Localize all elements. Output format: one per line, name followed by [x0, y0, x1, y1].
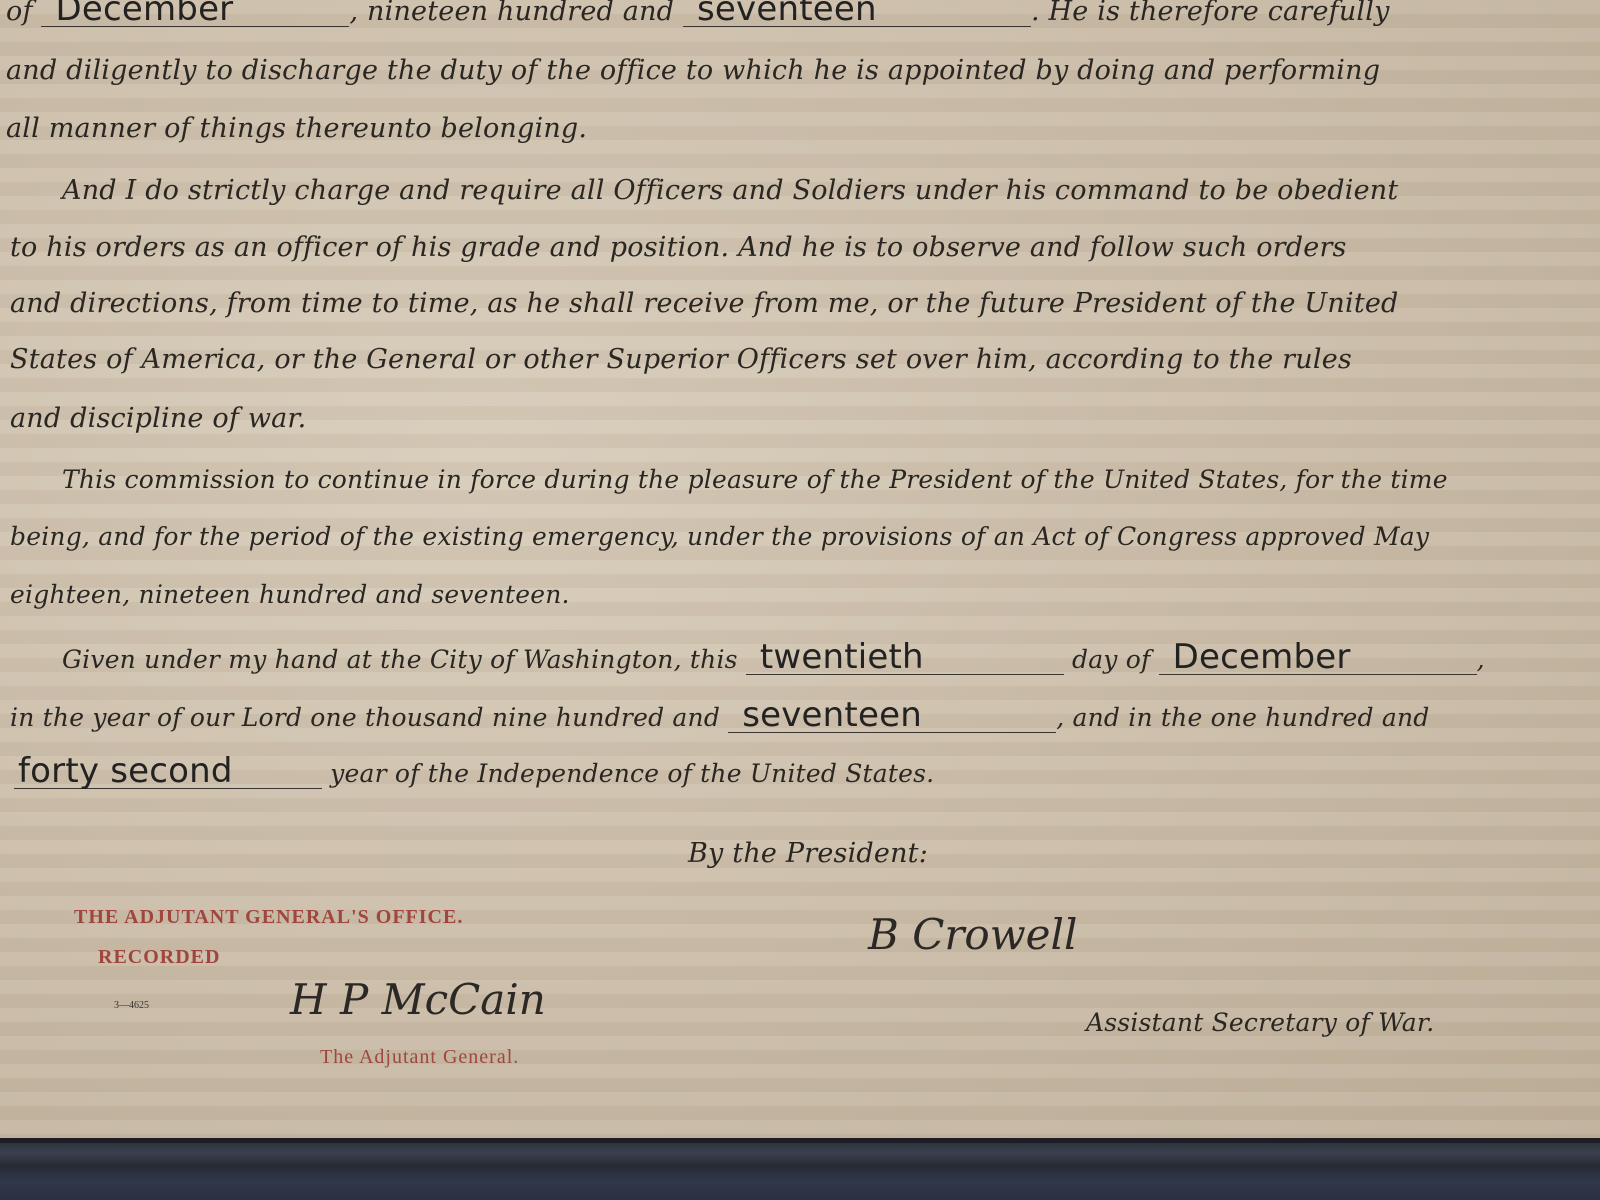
text-fragment: in the year of our Lord one thousand nin…	[10, 703, 720, 732]
text-line-7: States of America, or the General or oth…	[10, 344, 1352, 375]
picture-frame-edge	[0, 1138, 1600, 1200]
text-line-3: all manner of things thereunto belonging…	[6, 113, 587, 144]
handwritten-month: December	[1159, 640, 1477, 675]
text-fragment: , and in the one hundred and	[1056, 703, 1429, 732]
text-fragment: day of	[1072, 645, 1150, 674]
text-line-10: being, and for the period of the existin…	[10, 522, 1429, 551]
handwritten-independence-year: forty second	[14, 754, 322, 789]
handwritten-month: December	[41, 0, 349, 27]
text-fragment: ,	[1477, 645, 1485, 674]
recorded-stamp: RECORDED	[98, 946, 220, 969]
text-line-9: This commission to continue in force dur…	[62, 465, 1448, 494]
adjutant-general-title: The Adjutant General.	[320, 1046, 519, 1069]
text-line-13: in the year of our Lord one thousand nin…	[10, 698, 1430, 733]
by-the-president: By the President:	[688, 838, 928, 869]
text-line-5: to his orders as an officer of his grade…	[10, 232, 1347, 263]
text-line-2: and diligently to discharge the duty of …	[6, 55, 1380, 86]
assistant-secretary-title: Assistant Secretary of War.	[1086, 1008, 1434, 1037]
text-line-1: of December, nineteen hundred and sevent…	[6, 0, 1390, 27]
adjutant-office-stamp: THE ADJUTANT GENERAL'S OFFICE.	[74, 906, 463, 929]
signature-assistant-secretary: B Crowell	[868, 910, 1077, 959]
handwritten-day: twentieth	[746, 640, 1064, 675]
handwritten-year: seventeen	[728, 698, 1056, 733]
text-fragment: , nineteen hundred and	[349, 0, 674, 27]
serial-number: 3—4625	[114, 1000, 149, 1011]
text-line-6: and directions, from time to time, as he…	[10, 288, 1399, 319]
text-fragment: . He is therefore carefully	[1031, 0, 1390, 27]
text-line-14: forty second year of the Independence of…	[14, 754, 934, 789]
text-fragment: Given under my hand at the City of Washi…	[62, 645, 738, 674]
text-fragment: year of the Independence of the United S…	[330, 759, 934, 788]
handwritten-year: seventeen	[683, 0, 1031, 27]
signature-adjutant-general: H P McCain	[290, 975, 546, 1024]
text-line-11: eighteen, nineteen hundred and seventeen…	[10, 580, 570, 609]
frame-lip	[0, 1138, 1600, 1143]
commission-paper	[0, 0, 1600, 1138]
text-line-8: and discipline of war.	[10, 403, 306, 434]
text-line-4: And I do strictly charge and require all…	[62, 175, 1398, 206]
text-line-12: Given under my hand at the City of Washi…	[62, 640, 1485, 675]
text-fragment: of	[6, 0, 33, 27]
